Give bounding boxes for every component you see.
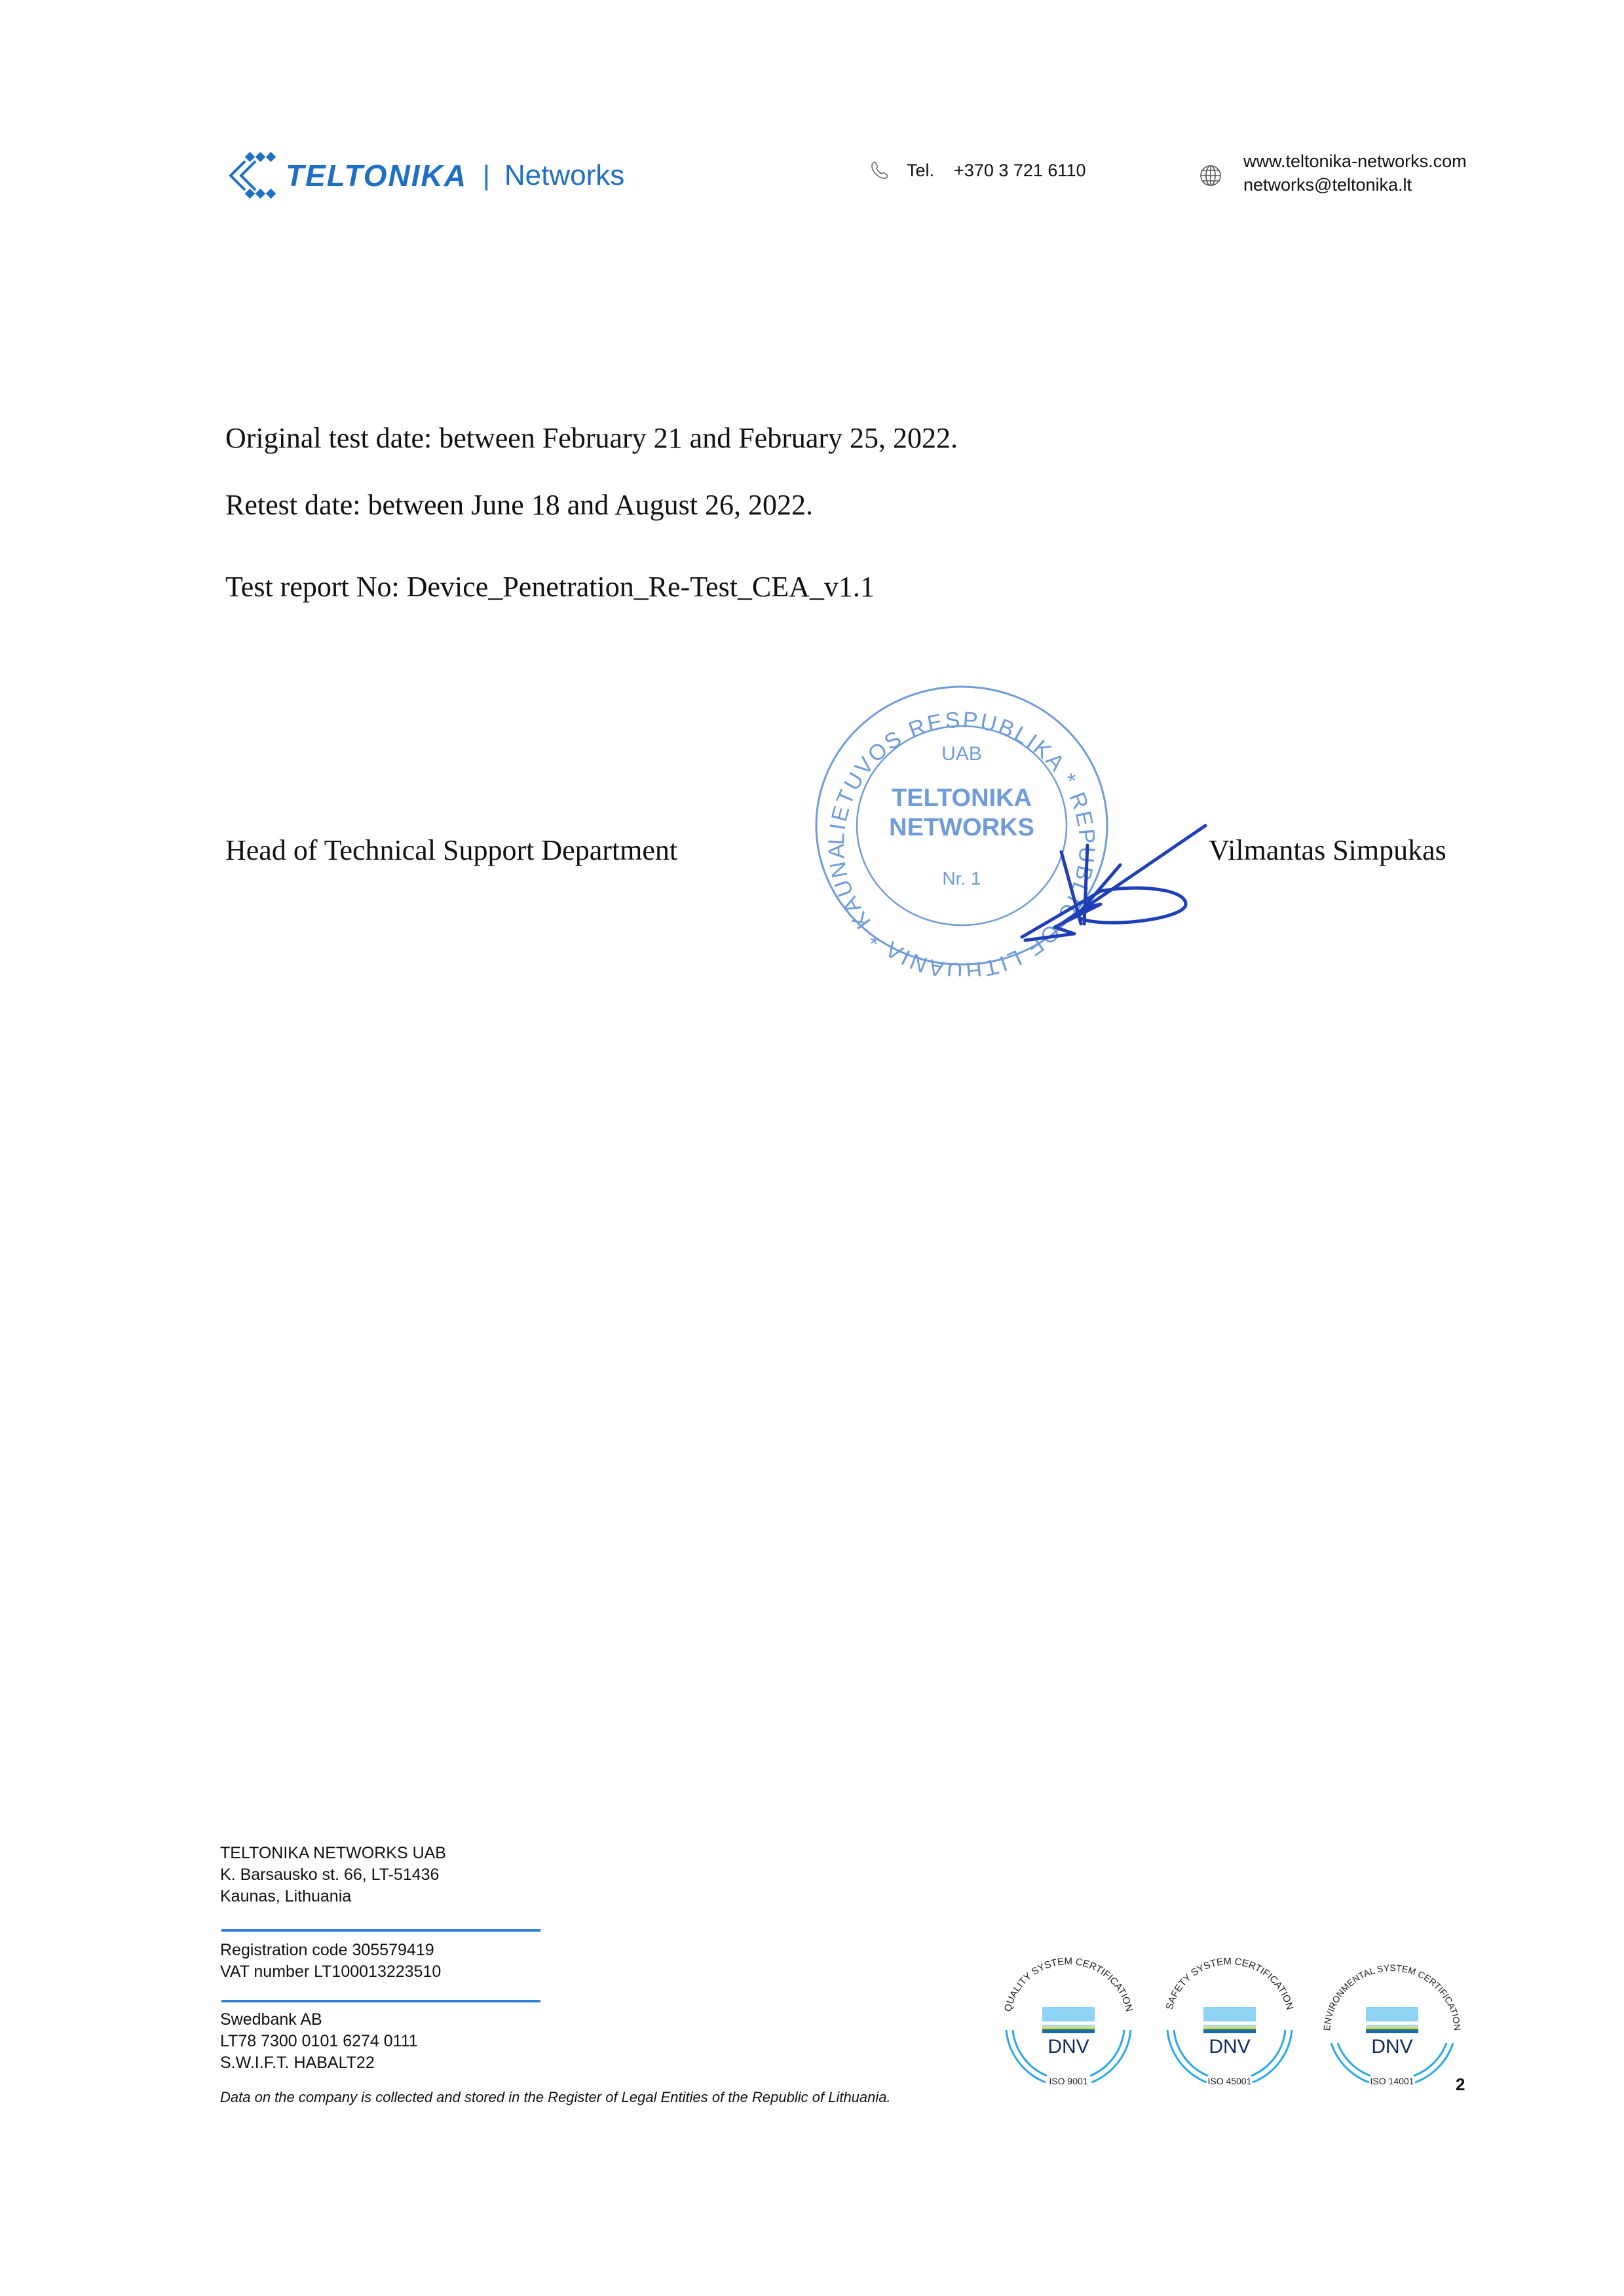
original-test-date: Original test date: between February 21 … <box>225 421 958 455</box>
handwritten-signature <box>989 813 1225 944</box>
svg-text:DNV: DNV <box>1371 2036 1412 2057</box>
company-name: TELTONIKA NETWORKS UAB <box>220 1843 446 1864</box>
teltonika-diamond-icon <box>223 149 282 202</box>
phone-icon <box>869 159 892 182</box>
retest-date: Retest date: between June 18 and August … <box>225 488 813 522</box>
svg-text:ISO 14001: ISO 14001 <box>1370 2076 1414 2086</box>
vat-number: VAT number LT100013223510 <box>220 1961 441 1983</box>
stamp-line-2: TELTONIKA <box>892 784 1032 812</box>
logo-subbrand: Networks <box>504 159 624 192</box>
signer-role: Head of Technical Support Department <box>225 833 677 867</box>
phone-contact: Tel. +370 3 721 6110 <box>869 159 1086 182</box>
iban: LT78 7300 0101 6274 0111 <box>220 2031 418 2052</box>
svg-text:DNV: DNV <box>1048 2036 1089 2057</box>
registration-code: Registration code 305579419 <box>220 1940 441 1961</box>
svg-text:ISO 45001: ISO 45001 <box>1208 2076 1252 2086</box>
stamp-line-1: UAB <box>941 743 982 765</box>
signer-name: Vilmantas Simpukas <box>1209 833 1446 867</box>
test-report-number: Test report No: Device_Penetration_Re-Te… <box>225 570 875 603</box>
svg-text:SAFETY SYSTEM CERTIFICATION: SAFETY SYSTEM CERTIFICATION <box>1164 1956 1296 2011</box>
website-link[interactable]: www.teltonika-networks.com <box>1243 149 1467 173</box>
company-address: TELTONIKA NETWORKS UAB K. Barsausko st. … <box>220 1843 446 1907</box>
svg-text:DNV: DNV <box>1209 2036 1250 2057</box>
iso-14001-badge: ENVIRONMENTAL SYSTEM CERTIFICATION DNV I… <box>1317 1945 1467 2095</box>
footer-divider <box>221 1929 540 1932</box>
iso-45001-badge: SAFETY SYSTEM CERTIFICATION DNV ISO 4500… <box>1154 1945 1305 2095</box>
swift-code: S.W.I.F.T. HABALT22 <box>220 2052 418 2074</box>
registration-info: Registration code 305579419 VAT number L… <box>220 1940 441 1983</box>
footer-divider <box>221 2000 540 2002</box>
legal-note: Data on the company is collected and sto… <box>220 2089 891 2106</box>
svg-text:ISO 9001: ISO 9001 <box>1049 2076 1087 2086</box>
city-country: Kaunas, Lithuania <box>220 1886 446 1907</box>
street-address: K. Barsausko st. 66, LT-51436 <box>220 1864 446 1886</box>
page-number: 2 <box>1456 2075 1465 2095</box>
globe-icon <box>1199 164 1222 187</box>
company-logo: TELTONIKA | Networks <box>223 149 624 202</box>
svg-text:QUALITY SYSTEM CERTIFICATION: QUALITY SYSTEM CERTIFICATION <box>1002 1956 1135 2013</box>
bank-info: Swedbank AB LT78 7300 0101 6274 0111 S.W… <box>220 2009 418 2074</box>
stamp-line-4: Nr. 1 <box>942 868 981 889</box>
phone-number[interactable]: +370 3 721 6110 <box>954 161 1086 181</box>
logo-separator: | <box>483 160 490 191</box>
iso-9001-badge: QUALITY SYSTEM CERTIFICATION DNV ISO 900… <box>993 1945 1144 2095</box>
bank-name: Swedbank AB <box>220 2009 418 2031</box>
web-contact: www.teltonika-networks.com networks@telt… <box>1199 149 1467 197</box>
logo-brand: TELTONIKA <box>286 158 467 193</box>
email-link[interactable]: networks@teltonika.lt <box>1243 173 1467 197</box>
phone-label: Tel. <box>907 161 934 181</box>
